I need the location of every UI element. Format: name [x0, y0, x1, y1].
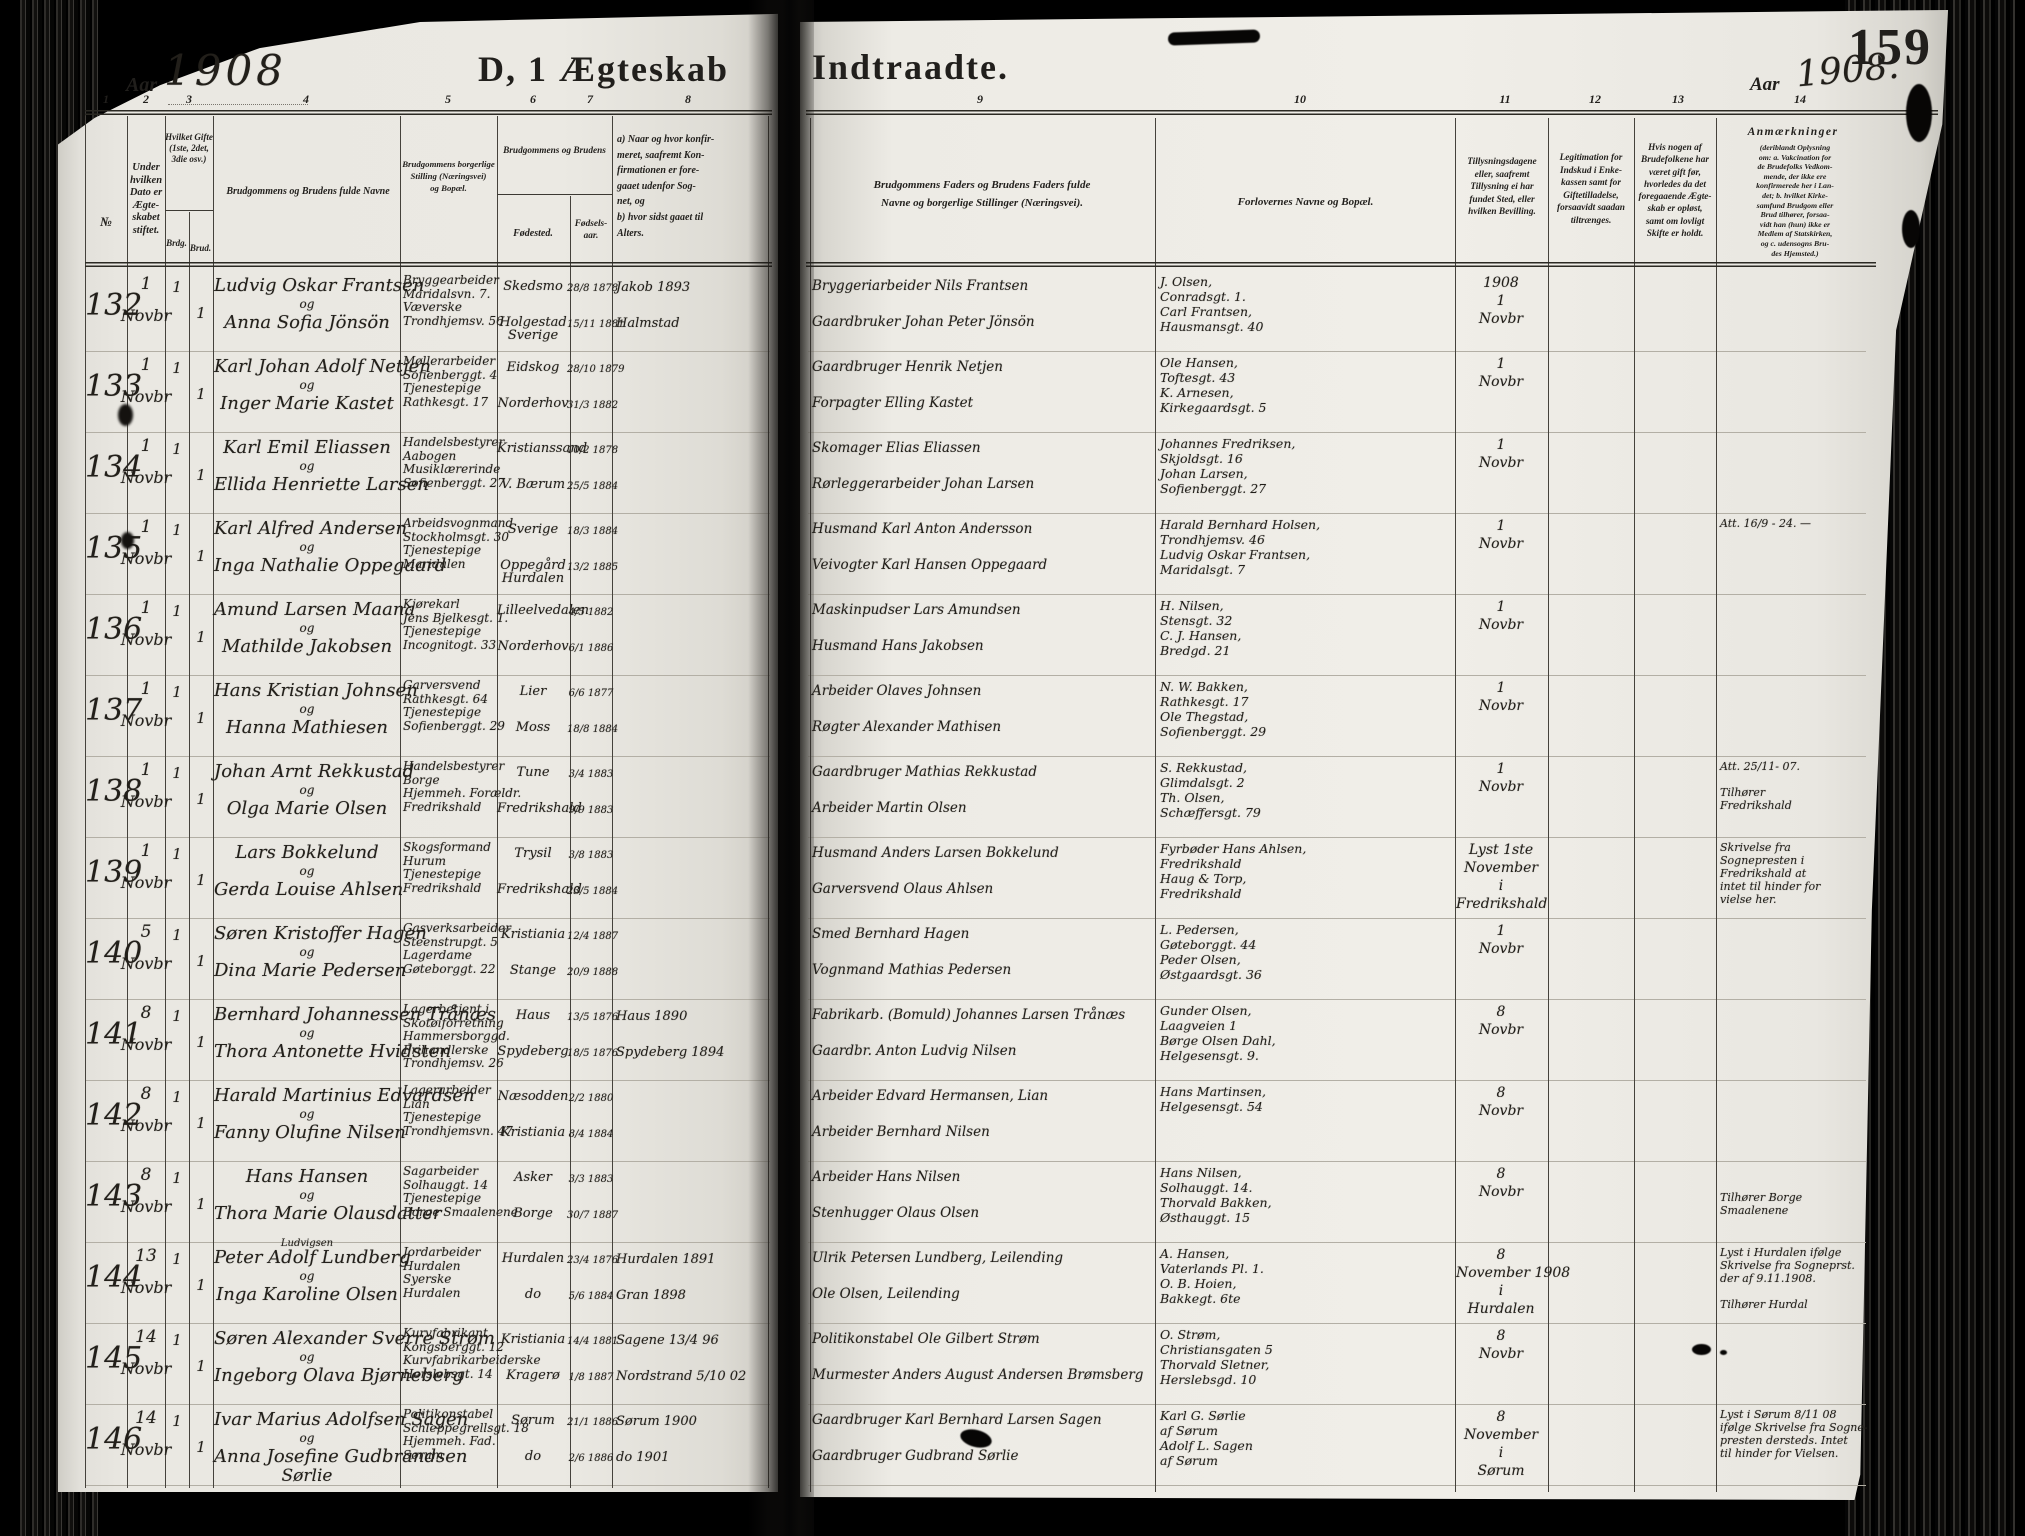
col-header-no: № — [85, 214, 127, 230]
entry-stilling: GasverksarbeiderSteenstrupgt. 5Lagerdame… — [403, 922, 496, 976]
double-rule — [806, 262, 1876, 267]
col-header-tidligere-gift: Hvis nogen afBrudefolkene harværet gift … — [1635, 142, 1715, 240]
column-rule — [768, 116, 769, 1488]
entry-forlovere: O. Strøm,Christiansgaten 5Thorvald Sletn… — [1160, 1327, 1450, 1387]
entry-stilling: KurvfabrikantKongsberggt. 12Kurvfabrikar… — [403, 1327, 496, 1381]
entry-day: 1 — [127, 436, 165, 456]
entry-brud-mark: 1 — [189, 628, 213, 646]
entry-groom-name: Peter Adolf Lundberg — [214, 1247, 400, 1268]
binding-hole — [118, 404, 133, 426]
entry-stilling: KjørekarlJens Bjelkesgt. 1.TjenestepigeI… — [403, 598, 496, 652]
entry-fodselsaar-bride: 6/1 1886 — [567, 643, 615, 654]
entry-konfirmation-groom: Sagene 13/4 96 — [616, 1333, 766, 1348]
column-number: 14 — [1790, 92, 1810, 107]
entry-fodested-bride: Borge — [497, 1207, 569, 1220]
entry-fodselsaar-bride: 8/4 1884 — [567, 1129, 615, 1140]
entry-forlovere: N. W. Bakken,Rathkesgt. 17Ole Thegstad,S… — [1160, 679, 1450, 739]
entry-father-groom: Gaardbruger Henrik Netjen — [812, 359, 1150, 375]
row-rule — [85, 1161, 770, 1162]
entry-og: og — [214, 1026, 400, 1040]
column-rule — [1634, 118, 1635, 1492]
entry-day: 14 — [127, 1327, 165, 1347]
entry-fodested-bride: Moss — [497, 721, 569, 734]
entry-fodested-groom: Asker — [497, 1171, 569, 1184]
entry-bride-name: Olga Marie Olsen — [214, 798, 400, 819]
entry-brud-mark: 1 — [189, 304, 213, 322]
entry-konfirmation-groom: Haus 1890 — [616, 1009, 766, 1024]
entry-brud-mark: 1 — [189, 1195, 213, 1213]
entry-father-groom: Gaardbruger Karl Bernhard Larsen Sagen — [812, 1412, 1150, 1428]
entry-day: 1 — [127, 760, 165, 780]
entry-fodested-groom: Skedsmo — [497, 280, 569, 293]
entry-father-bride: Røgter Alexander Mathisen — [812, 719, 1150, 735]
entry-tillysning: 8Novbr — [1456, 1084, 1546, 1120]
entry-brdg-mark: 1 — [165, 1169, 189, 1187]
entry-brdg-mark: 1 — [165, 683, 189, 701]
entry-father-groom: Smed Bernhard Hagen — [812, 926, 1150, 942]
entry-day: 1 — [127, 274, 165, 294]
entry-fodselsaar-groom: 3/4 1883 — [567, 769, 615, 780]
entry-tillysning: 1Novbr — [1456, 355, 1546, 391]
col-header-stilling: Brudgommens borgerligeStilling (Næringsv… — [401, 158, 496, 194]
entry-bride-name-2: Sørlie — [214, 1466, 400, 1486]
entry-konfirmation-groom: Hurdalen 1891 — [616, 1252, 766, 1267]
entry-brud-mark: 1 — [189, 1276, 213, 1294]
entry-tillysning: 1Novbr — [1456, 598, 1546, 634]
column-number: 5 — [438, 92, 458, 107]
entry-father-groom: Politikonstabel Ole Gilbert Strøm — [812, 1331, 1150, 1347]
entry-father-bride: Husmand Hans Jakobsen — [812, 638, 1150, 654]
entry-fodselsaar-bride: 30/7 1887 — [567, 1210, 615, 1221]
row-rule — [808, 513, 1866, 514]
col-header-fodested: Fødested. — [497, 228, 569, 239]
column-number: 6 — [523, 92, 543, 107]
edge-mark — [1906, 84, 1932, 142]
entry-brud-mark: 1 — [189, 1114, 213, 1132]
entry-konfirmation-bride: Halmstad — [616, 316, 766, 331]
entry-fodselsaar-groom: 28/10 1879 — [567, 364, 615, 375]
entry-konfirmation-bride: Gran 1898 — [616, 1288, 766, 1303]
col-header-anm-title: Anmærkninger — [1718, 126, 1868, 138]
entry-bride-name: Ingeborg Olava Bjørneberg — [214, 1365, 400, 1386]
col-header-forlovere: Forlovernes Navne og Bopæl. — [1158, 196, 1453, 208]
row-rule — [808, 999, 1866, 1000]
entry-brdg-mark: 1 — [165, 764, 189, 782]
row-rule — [808, 1404, 1866, 1405]
col-header-anm-body: (deriblandt Oplysningom: a. Vakcination … — [1722, 143, 1868, 258]
entry-father-groom: Husmand Karl Anton Andersson — [812, 521, 1150, 537]
entry-fodselsaar-groom: 23/4 1876 — [567, 1255, 615, 1266]
entry-forlovere: Fyrbøder Hans Ahlsen,FredrikshaldHaug & … — [1160, 841, 1450, 901]
row-rule — [85, 351, 770, 352]
entry-og: og — [214, 1350, 400, 1364]
entry-father-bride: Murmester Anders August Andersen Brømsbe… — [812, 1367, 1150, 1383]
entry-father-bride: Garversvend Olaus Ahlsen — [812, 881, 1150, 897]
entry-brdg-mark: 1 — [165, 1412, 189, 1430]
entry-anmerkning: Lyst i Sørum 8/11 08ifølge Skrivelse fra… — [1720, 1408, 1868, 1460]
entry-fodselsaar-bride: 13/2 1885 — [567, 562, 615, 573]
entry-brdg-mark: 1 — [165, 1331, 189, 1349]
entry-stilling: ArbeidsvognmandStockholmsgt. 30Tjenestep… — [403, 517, 496, 571]
entry-fodested-groom: Kristiania — [497, 1333, 569, 1346]
entry-forlovere: H. Nilsen,Stensgt. 32C. J. Hansen,Bredgd… — [1160, 598, 1450, 658]
entry-anmerkning: Att. 25/11- 07. TilhørerFredrikshald — [1720, 760, 1868, 812]
row-rule — [85, 594, 770, 595]
entry-groom-name: Ivar Marius Adolfsen Sagen — [214, 1409, 400, 1430]
entry-forlovere: Karl G. Sørlieaf SørumAdolf L. Sagenaf S… — [1160, 1408, 1450, 1468]
entry-fodselsaar-groom: 28/8 1878 — [567, 283, 615, 294]
entry-bride-name: Hanna Mathiesen — [214, 717, 400, 738]
column-number: 2 — [136, 92, 156, 107]
column-rule — [189, 212, 190, 1488]
entry-stilling: SkogsformandHurumTjenestepigeFredrikshal… — [403, 841, 496, 895]
row-rule — [85, 999, 770, 1000]
entry-fodested-bride: V. Bærum — [497, 478, 569, 491]
double-rule — [85, 110, 772, 115]
column-rule — [400, 116, 401, 1488]
entry-fodselsaar-groom: 3/8 1883 — [567, 850, 615, 861]
column-number: 3 — [179, 92, 199, 107]
entry-stilling: GarversvendRathkesgt. 64TjenestepigeSofi… — [403, 679, 496, 733]
row-rule — [808, 1323, 1866, 1324]
column-number: 4 — [296, 92, 316, 107]
entry-groom-name: Hans Kristian Johnsen — [214, 680, 400, 701]
entry-forlovere: A. Hansen,Vaterlands Pl. 1.O. B. Hoien,B… — [1160, 1246, 1450, 1306]
entry-fodselsaar-bride: 20/9 1888 — [567, 967, 615, 978]
entry-anmerkning: Att. 16/9 - 24. — — [1720, 517, 1868, 530]
entry-brdg-mark: 1 — [165, 521, 189, 539]
column-rule — [1548, 118, 1549, 1492]
entry-month: Novbr — [112, 1278, 180, 1297]
entry-og: og — [214, 783, 400, 797]
entry-fodested-bride: Fredrikshald — [497, 883, 569, 896]
entry-og: og — [214, 864, 400, 878]
entry-fodested-groom: Kristiania — [497, 928, 569, 941]
entry-fodested-groom: Sverige — [497, 523, 569, 536]
entry-fodested-bride: Stange — [497, 964, 569, 977]
col-header-date: UnderhvilkenDato erÆgte-skabetstiftet. — [124, 162, 168, 237]
entry-og: og — [214, 297, 400, 311]
entry-tillysning: 1Novbr — [1456, 760, 1546, 796]
entry-fodselsaar-groom: 18/3 1884 — [567, 526, 615, 537]
entry-og: og — [214, 1107, 400, 1121]
entry-anmerkning: Lyst i Hurdalen ifølgeSkrivelse fra Sogn… — [1720, 1246, 1868, 1311]
entry-forlovere: Hans Nilsen,Solhauggt. 14.Thorvald Bakke… — [1160, 1165, 1450, 1225]
entry-og: og — [214, 621, 400, 635]
entry-fodselsaar-groom: 21/1 1886 — [567, 1417, 615, 1428]
entry-fodested-bride: Norderhov — [497, 640, 569, 653]
entry-father-bride: Vognmand Mathias Pedersen — [812, 962, 1150, 978]
entry-groom-name: Bernhard Johannessen Trånæs — [214, 1004, 400, 1025]
entry-day: 13 — [127, 1246, 165, 1266]
entry-groom-name: Johan Arnt Rekkustad — [214, 761, 400, 782]
column-number: 9 — [970, 92, 990, 107]
entry-fodested-bride: do — [497, 1288, 569, 1301]
entry-brdg-mark: 1 — [165, 278, 189, 296]
entry-father-groom: Skomager Elias Eliassen — [812, 440, 1150, 456]
row-rule — [85, 1323, 770, 1324]
church-register-scan: Aar 1908 D, 1 Ægteskab Indtraadte. Aar 1… — [0, 0, 2025, 1536]
entry-stilling: MøllerarbeiderSofienberggt. 4Tjenestepig… — [403, 355, 496, 409]
entry-month: Novbr — [112, 1359, 180, 1378]
row-rule — [808, 918, 1866, 919]
entry-fodested-bride: Kragerø — [497, 1369, 569, 1382]
entry-fodested-bride: Holgestad Sverige — [497, 316, 569, 342]
col-header-tillysning: Tillysningsdageneeller, saafremtTillysni… — [1456, 156, 1548, 219]
entry-og: og — [214, 702, 400, 716]
entry-fodested-bride: do — [497, 1450, 569, 1463]
entry-month: Novbr — [112, 1116, 180, 1135]
entry-stilling: JordarbeiderHurdalenSyerskeHurdalen — [403, 1246, 496, 1300]
entry-forlovere: Johannes Fredriksen,Skjoldsgt. 16Johan L… — [1160, 436, 1450, 496]
entry-day: 8 — [127, 1165, 165, 1185]
row-rule — [808, 1242, 1866, 1243]
entry-bride-name: Anna Josefine Gudbrandsen — [214, 1446, 400, 1467]
entry-father-groom: Fabrikarb. (Bomuld) Johannes Larsen Trån… — [812, 1007, 1150, 1023]
row-rule — [85, 1404, 770, 1405]
entry-bride-name: Mathilde Jakobsen — [214, 636, 400, 657]
row-rule — [85, 1242, 770, 1243]
entry-stilling: PolitikonstabelSchleppegrellsgt. 18Hjemm… — [403, 1408, 496, 1462]
entry-father-groom: Gaardbruger Mathias Rekkustad — [812, 764, 1150, 780]
entry-konfirmation-bride: Nordstrand 5/10 02 — [616, 1369, 766, 1384]
column-number: 11 — [1495, 92, 1515, 107]
entry-fodselsaar-bride: 23/5 1884 — [567, 886, 615, 897]
entry-og: og — [214, 1188, 400, 1202]
row-rule — [808, 1080, 1866, 1081]
entry-brud-mark: 1 — [189, 1357, 213, 1375]
entry-fodested-bride: Oppegård Hurdalen — [497, 559, 569, 585]
entry-groom-name: Karl Emil Eliassen — [214, 437, 400, 458]
register-title-left: D, 1 Ægteskab — [478, 48, 729, 90]
entry-fodested-bride: Norderhov — [497, 397, 569, 410]
entry-fodselsaar-bride: 2/6 1886 — [567, 1453, 615, 1464]
entry-tillysning: 8Novbr — [1456, 1327, 1546, 1363]
column-rule — [1155, 118, 1156, 1492]
row-rule — [85, 1485, 770, 1486]
entry-og: og — [214, 459, 400, 473]
entry-konfirmation-groom: Sørum 1900 — [616, 1414, 766, 1429]
entry-tillysning: 8Novbr — [1456, 1165, 1546, 1201]
column-number: 1 — [96, 92, 116, 107]
sub-rule — [497, 194, 612, 195]
entry-fodested-groom: Tune — [497, 766, 569, 779]
entry-bride-name: Inga Nathalie Oppegaard — [214, 555, 400, 576]
entry-month: Novbr — [112, 549, 180, 568]
entry-bride-name: Thora Marie Olausdatter — [214, 1203, 400, 1224]
entry-fodested-groom: Haus — [497, 1009, 569, 1022]
column-number: 8 — [678, 92, 698, 107]
entry-brdg-mark: 1 — [165, 1007, 189, 1025]
col-header-brdg: Brdg. — [164, 238, 189, 248]
entry-og: og — [214, 945, 400, 959]
entry-father-bride: Arbeider Bernhard Nilsen — [812, 1124, 1150, 1140]
entry-anmerkning: Skrivelse fraSognepresten iFredrikshald … — [1720, 841, 1868, 906]
entry-fodselsaar-bride: 5/6 1884 — [567, 1291, 615, 1302]
entry-fodested-groom: Eidskog — [497, 361, 569, 374]
entry-fodselsaar-bride: 25/5 1884 — [567, 481, 615, 492]
entry-og: og — [214, 1431, 400, 1445]
entry-stilling: SagarbeiderSolhauggt. 14TjenestepigeBorg… — [403, 1165, 496, 1219]
entry-tillysning: 1Novbr — [1456, 436, 1546, 472]
entry-groom-name: Hans Hansen — [214, 1166, 400, 1187]
entry-day: 5 — [127, 922, 165, 942]
entry-brud-mark: 1 — [189, 790, 213, 808]
entry-fodselsaar-groom: 4/5 1882 — [567, 607, 615, 618]
entry-father-bride: Veivogter Karl Hansen Oppegaard — [812, 557, 1150, 573]
col-header-parents: Brudgommens Faders og Brudens Faders ful… — [812, 176, 1152, 212]
entry-forlovere: Ole Hansen,Toftesgt. 43K. Arnesen,Kirkeg… — [1160, 355, 1450, 415]
entry-forlovere: J. Olsen,Conradsgt. 1.Carl Frantsen,Haus… — [1160, 274, 1450, 334]
entry-fodselsaar-bride: 9/9 1883 — [567, 805, 615, 816]
entry-fodested-bride: Spydeberg — [497, 1045, 569, 1058]
entry-fodselsaar-bride: 31/3 1882 — [567, 400, 615, 411]
entry-fodested-groom: Sørum — [497, 1414, 569, 1427]
entry-day: 1 — [127, 679, 165, 699]
col-header-legitimation: Legitimation forIndskud i Enke-kassen sa… — [1549, 152, 1633, 227]
column-number: 12 — [1585, 92, 1605, 107]
entry-fodested-groom: Kristianssand — [497, 442, 569, 455]
entry-fodested-bride: Fredrikshald — [497, 802, 569, 815]
entry-fodselsaar-bride: 15/11 1881 — [567, 319, 615, 330]
entry-father-groom: Bryggeriarbeider Nils Frantsen — [812, 278, 1150, 294]
entry-month: Novbr — [112, 792, 180, 811]
column-number: 10 — [1290, 92, 1310, 107]
entry-father-bride: Gaardbruger Gudbrand Sørlie — [812, 1448, 1150, 1464]
entry-fodselsaar-bride: 18/8 1884 — [567, 724, 615, 735]
col-header-fodselsaar: Fødsels-aar. — [569, 218, 613, 242]
entry-brud-mark: 1 — [189, 1033, 213, 1051]
row-rule — [808, 756, 1866, 757]
row-rule — [808, 837, 1866, 838]
double-rule — [85, 262, 772, 267]
entry-groom-name: Søren Alexander Sverre Strøm — [214, 1328, 400, 1349]
row-rule — [808, 351, 1866, 352]
entry-forlovere: Hans Martinsen,Helgesensgt. 54 — [1160, 1084, 1450, 1114]
entry-father-groom: Husmand Anders Larsen Bokkelund — [812, 845, 1150, 861]
entry-month: Novbr — [112, 1440, 180, 1459]
entry-bride-name: Inger Marie Kastet — [214, 393, 400, 414]
entry-brud-mark: 1 — [189, 709, 213, 727]
row-rule — [85, 756, 770, 757]
entry-brdg-mark: 1 — [165, 1250, 189, 1268]
binding-hole — [121, 532, 134, 549]
row-rule — [85, 837, 770, 838]
entry-day: 8 — [127, 1003, 165, 1023]
entry-brud-mark: 1 — [189, 385, 213, 403]
entry-groom-name: Lars Bokkelund — [214, 842, 400, 863]
entry-fodselsaar-groom: 14/4 1881 — [567, 1336, 615, 1347]
col-header-brud: Brud. — [188, 243, 213, 253]
entry-tillysning: 1Novbr — [1456, 679, 1546, 715]
entry-stilling: BryggearbeiderMaridalsvn. 7.VæverskeTron… — [403, 274, 496, 328]
entry-fodested-groom: Lier — [497, 685, 569, 698]
entry-fodselsaar-groom: 3/3 1883 — [567, 1174, 615, 1185]
entry-og: og — [214, 1269, 400, 1283]
entry-anmerkning: Tilhører BorgeSmaalenene — [1720, 1165, 1868, 1217]
row-rule — [85, 432, 770, 433]
entry-groom-name: Karl Johan Adolf Netjen — [214, 356, 400, 377]
entry-forlovere: S. Rekkustad,Glimdalsgt. 2Th. Olsen,Schæ… — [1160, 760, 1450, 820]
entry-konfirmation-groom: Jakob 1893 — [616, 280, 766, 295]
entry-groom-name: Amund Larsen Maana — [214, 599, 400, 620]
entry-stilling: LagerarbeiderLianTjenestepigeTrondhjemsv… — [403, 1084, 496, 1138]
entry-day: 14 — [127, 1408, 165, 1428]
entry-father-bride: Rørleggerarbeider Johan Larsen — [812, 476, 1150, 492]
entry-father-groom: Arbeider Olaves Johnsen — [812, 683, 1150, 699]
entry-day: 1 — [127, 517, 165, 537]
col-header-konfirmation: a) Naar og hvor konfir-meret, saafremt K… — [617, 132, 767, 241]
row-rule — [85, 675, 770, 676]
entry-fodselsaar-groom: 13/5 1876 — [567, 1012, 615, 1023]
entry-groom-name: Karl Alfred Andersen — [214, 518, 400, 539]
entry-father-groom: Arbeider Hans Nilsen — [812, 1169, 1150, 1185]
entry-bride-name: Inga Karoline Olsen — [214, 1284, 400, 1305]
entry-groom-name: Ludvig Oskar Frantsen — [214, 275, 400, 296]
entry-fodested-groom: Lilleelvedalen — [497, 604, 569, 617]
year-value-left: 1908 — [164, 46, 287, 95]
entry-tillysning: 8Novbr — [1456, 1003, 1546, 1039]
entry-brud-mark: 1 — [189, 952, 213, 970]
entry-father-bride: Gaardbruker Johan Peter Jönsön — [812, 314, 1150, 330]
entry-bride-name: Dina Marie Pedersen — [214, 960, 400, 981]
entry-father-groom: Maskinpudser Lars Amundsen — [812, 602, 1150, 618]
entry-month: Novbr — [112, 468, 180, 487]
entry-forlovere: Gunder Olsen,Laagveien 1Børge Olsen Dahl… — [1160, 1003, 1450, 1063]
entry-fodselsaar-groom: 10/2 1878 — [567, 445, 615, 456]
entry-tillysning: Lyst 1steNovemberiFredrikshald — [1456, 841, 1546, 913]
entry-fodselsaar-groom: 12/4 1887 — [567, 931, 615, 942]
entry-brdg-mark: 1 — [165, 926, 189, 944]
entry-forlovere: L. Pedersen,Gøteborggt. 44Peder Olsen,Øs… — [1160, 922, 1450, 982]
edge-mark — [1902, 210, 1920, 248]
entry-tillysning: 19081Novbr — [1456, 274, 1546, 328]
entry-bride-name: Thora Antonette Hvidsten — [214, 1041, 400, 1062]
entry-fodested-groom: Trysil — [497, 847, 569, 860]
entry-fodselsaar-bride: 1/8 1887 — [567, 1372, 615, 1383]
entry-tillysning: 1Novbr — [1456, 517, 1546, 553]
row-rule — [808, 1161, 1866, 1162]
entry-father-bride: Gaardbr. Anton Ludvig Nilsen — [812, 1043, 1150, 1059]
entry-bride-name: Gerda Louise Ahlsen — [214, 879, 400, 900]
entry-stilling: HandelsbestyrerAabogenMusiklærerindeSofi… — [403, 436, 496, 490]
entry-brdg-mark: 1 — [165, 602, 189, 620]
entry-fodselsaar-groom: 6/6 1877 — [567, 688, 615, 699]
entry-month: Novbr — [112, 630, 180, 649]
entry-brdg-mark: 1 — [165, 1088, 189, 1106]
entry-month: Novbr — [112, 711, 180, 730]
entry-month: Novbr — [112, 387, 180, 406]
entry-bride-name: Fanny Olufine Nilsen — [214, 1122, 400, 1143]
entry-day: 1 — [127, 598, 165, 618]
entry-father-bride: Stenhugger Olaus Olsen — [812, 1205, 1150, 1221]
entry-day: 1 — [127, 355, 165, 375]
entry-og: og — [214, 540, 400, 554]
entry-tillysning: 8November 1908iHurdalen — [1456, 1246, 1546, 1318]
entry-day: 1 — [127, 841, 165, 861]
entry-fodested-bride: Kristiania — [497, 1126, 569, 1139]
page-number: 159 — [1848, 18, 1932, 77]
register-title-right: Indtraadte. — [812, 46, 1009, 88]
row-rule — [85, 1080, 770, 1081]
entry-month: Novbr — [112, 1197, 180, 1216]
entry-brdg-mark: 1 — [165, 845, 189, 863]
entry-month: Novbr — [112, 873, 180, 892]
entry-month: Novbr — [112, 306, 180, 325]
entry-brud-mark: 1 — [189, 1438, 213, 1456]
col-header-gifte: Hvilket Gifte(1ste, 2det,3die osv.) — [158, 132, 220, 165]
col-header-couple: Brudgommens og Brudens — [497, 146, 612, 156]
